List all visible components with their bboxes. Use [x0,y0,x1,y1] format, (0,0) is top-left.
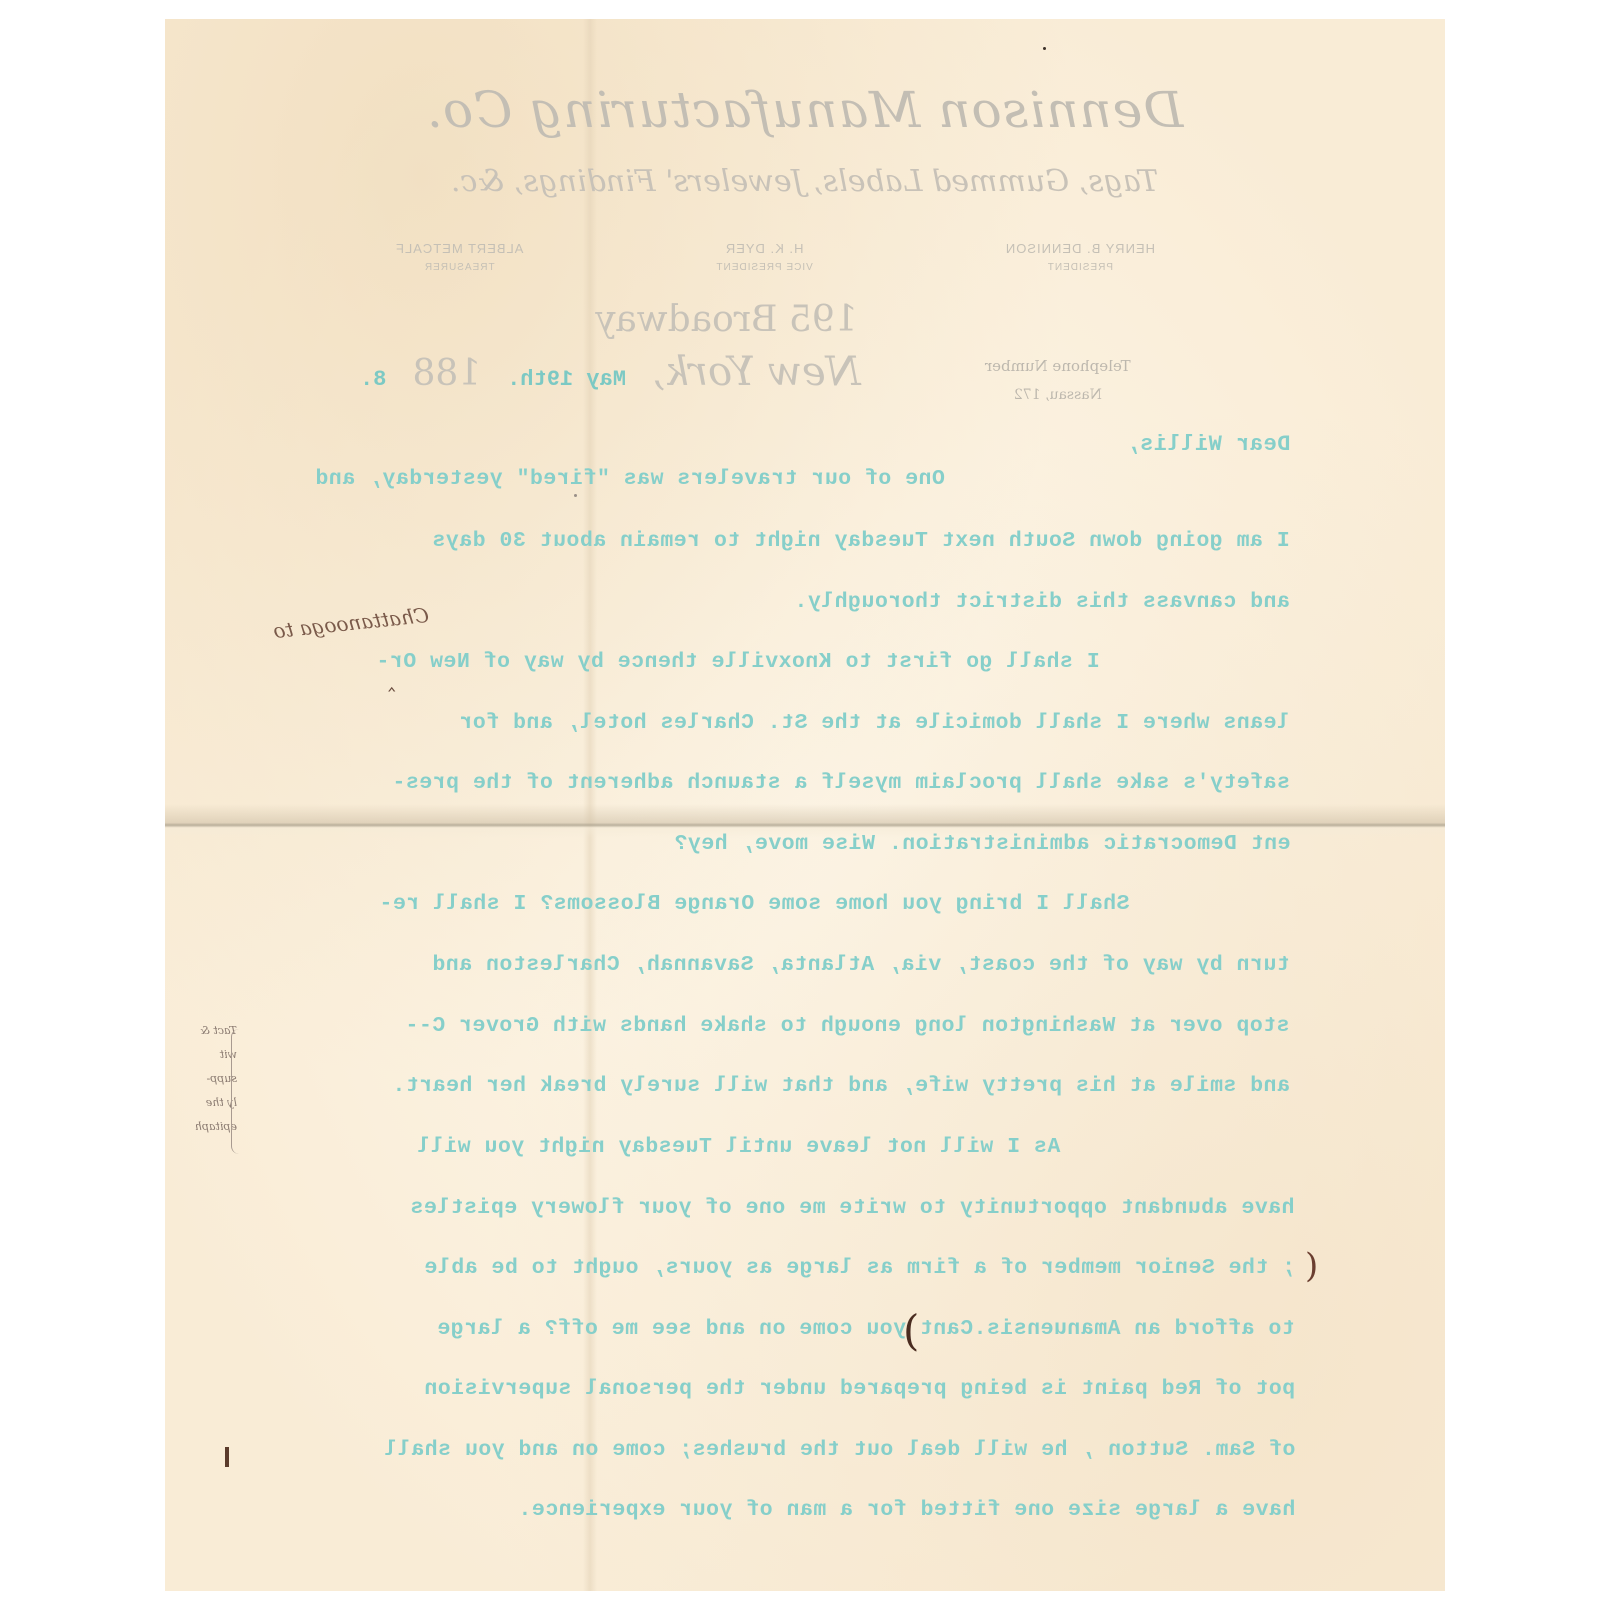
line-text: I shall go first to Knoxville thence by … [376,650,1100,674]
line-text: As I will not leave until Tuesday night … [417,1135,1060,1159]
body-line: As I will not leave until Tuesday night … [417,1135,1060,1159]
ink-bar-mark [225,1447,229,1467]
line-text: stop over at Washington long enough to s… [405,1014,1290,1038]
body-line: I am going down South next Tuesday night… [432,529,1290,553]
line-text: turn by way of the coast, via, Atlanta, … [432,953,1290,977]
line-text: ent Democratic administration. Wise move… [674,832,1291,856]
body-line: stop over at Washington long enough to s… [405,1014,1290,1038]
body-line: and canvass this district thoroughly. [794,590,1290,614]
body-line: I shall go first to Knoxville thence by … [376,650,1100,674]
line-text: leans where I shall domicile at the St. … [459,711,1290,735]
line-text: I am going down South next Tuesday night… [432,529,1290,553]
body-line: Shall I bring you home some Orange Bloss… [379,892,1130,916]
margin-note-line: wit [165,1043,237,1067]
body-line: ent Democratic administration. Wise move… [674,832,1291,856]
line-text: and smile at his pretty wife, and that w… [392,1074,1290,1098]
body-line: leans where I shall domicile at the St. … [459,711,1290,735]
margin-note-line: supp- [165,1067,237,1091]
letter-body: Dear Willis, One of our travelers was "f… [165,19,1445,1591]
body-line: ; the Senior member of a firm as large a… [424,1256,1295,1280]
line-text: One of our travelers was "fired" yesterd… [315,467,945,491]
line-text: safety's sake shall proclaim myself a st… [392,771,1290,795]
margin-note-line: Tact & [165,1019,237,1043]
margin-handwritten-note: Tact & wit supp- ly the epitaph [165,1019,237,1139]
margin-note-line: ly the [165,1091,237,1115]
line-text: of Sam. Sutton , he will deal out the br… [384,1438,1295,1462]
body-line: turn by way of the coast, via, Atlanta, … [432,953,1290,977]
insert-caret-mark: ‸ [388,667,395,692]
margin-brace-mark [231,1029,242,1154]
handwritten-paren-mid: ( [903,1306,919,1355]
body-line: have a large size one fitted for a man o… [518,1498,1295,1522]
body-line: and smile at his pretty wife, and that w… [392,1074,1290,1098]
letter-sheet: Dennison Manufacturing Co. Tags, Gummed … [165,19,1445,1591]
body-line: have abundant opportunity to write me on… [410,1196,1295,1220]
line-text: ; the Senior member of a firm as large a… [424,1256,1295,1280]
ink-speck [1043,47,1046,50]
line-text: have abundant opportunity to write me on… [410,1196,1295,1220]
handwritten-paren-right: ) [1305,1246,1318,1286]
line-text: to afford an Amanuensis.Cant you come on… [437,1317,1295,1341]
body-line: safety's sake shall proclaim myself a st… [392,771,1290,795]
line-text: Shall I bring you home some Orange Bloss… [379,892,1130,916]
body-line: to afford an Amanuensis.Cant you come on… [437,1317,1295,1341]
margin-note-line: epitaph [165,1115,237,1139]
line-text: and canvass this district thoroughly. [794,590,1290,614]
salutation: Dear Willis, [1043,407,1290,482]
ink-speck [574,494,577,497]
line-text: have a large size one fitted for a man o… [518,1498,1295,1522]
body-line: of Sam. Sutton , he will deal out the br… [384,1438,1295,1462]
line-text: pot of Red paint is being prepared under… [424,1377,1295,1401]
body-line: One of our travelers was "fired" yesterd… [315,467,945,491]
salutation-text: Dear Willis, [1126,432,1290,457]
body-line: pot of Red paint is being prepared under… [424,1377,1295,1401]
